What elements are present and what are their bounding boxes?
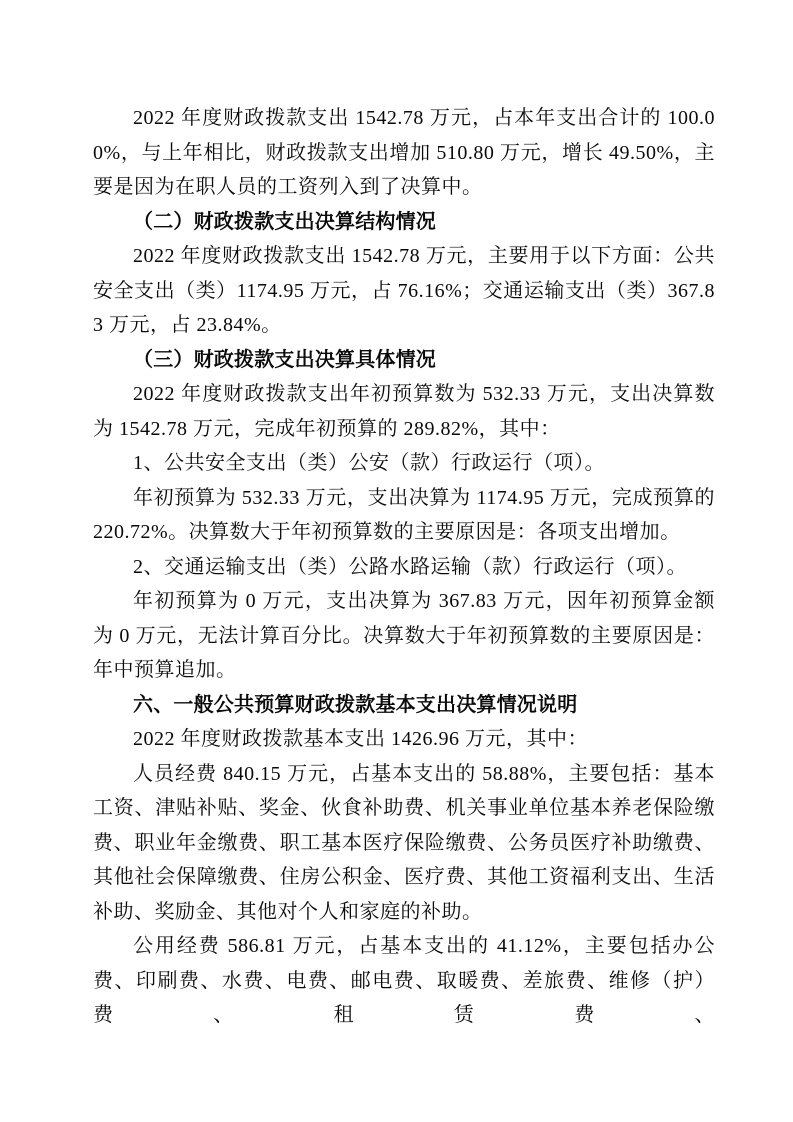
paragraph-item-2-transport-title: 2、交通运输支出（类）公路水路运输（款）行政运行（项）。 [93,550,715,585]
paragraph-public-operating-expenses: 公用经费 586.81 万元，占基本支出的 41.12%，主要包括办公费、印刷费… [93,929,715,1033]
heading-section-2-expenditure-structure: （二）财政拨款支出决算结构情况 [93,205,715,240]
heading-section-3-expenditure-specifics: （三）财政拨款支出决算具体情况 [93,343,715,378]
paragraph-basic-expenditure-total: 2022 年度财政拨款基本支出 1426.96 万元，其中： [93,722,715,757]
paragraph-personnel-expenses: 人员经费 840.15 万元，占基本支出的 58.88%，主要包括：基本工资、津… [93,757,715,930]
paragraph-item-2-transport-detail: 年初预算为 0 万元，支出决算为 367.83 万元，因年初预算金额为 0 万元… [93,584,715,688]
heading-section-6-basic-expenditure-statement: 六、一般公共预算财政拨款基本支出决算情况说明 [93,688,715,723]
paragraph-item-1-public-security-title: 1、公共安全支出（类）公安（款）行政运行（项）。 [93,446,715,481]
paragraph-expenditure-structure-detail: 2022 年度财政拨款支出 1542.78 万元，主要用于以下方面：公共安全支出… [93,239,715,343]
paragraph-initial-budget-vs-final-accounts: 2022 年度财政拨款支出年初预算数为 532.33 万元，支出决算数为 154… [93,377,715,446]
paragraph-item-1-public-security-detail: 年初预算为 532.33 万元，支出决算为 1174.95 万元，完成预算的 2… [93,481,715,550]
paragraph-fiscal-appropriation-expenditure-overview: 2022 年度财政拨款支出 1542.78 万元，占本年支出合计的 100.00… [93,101,715,205]
document-page: 2022 年度财政拨款支出 1542.78 万元，占本年支出合计的 100.00… [0,0,793,1122]
